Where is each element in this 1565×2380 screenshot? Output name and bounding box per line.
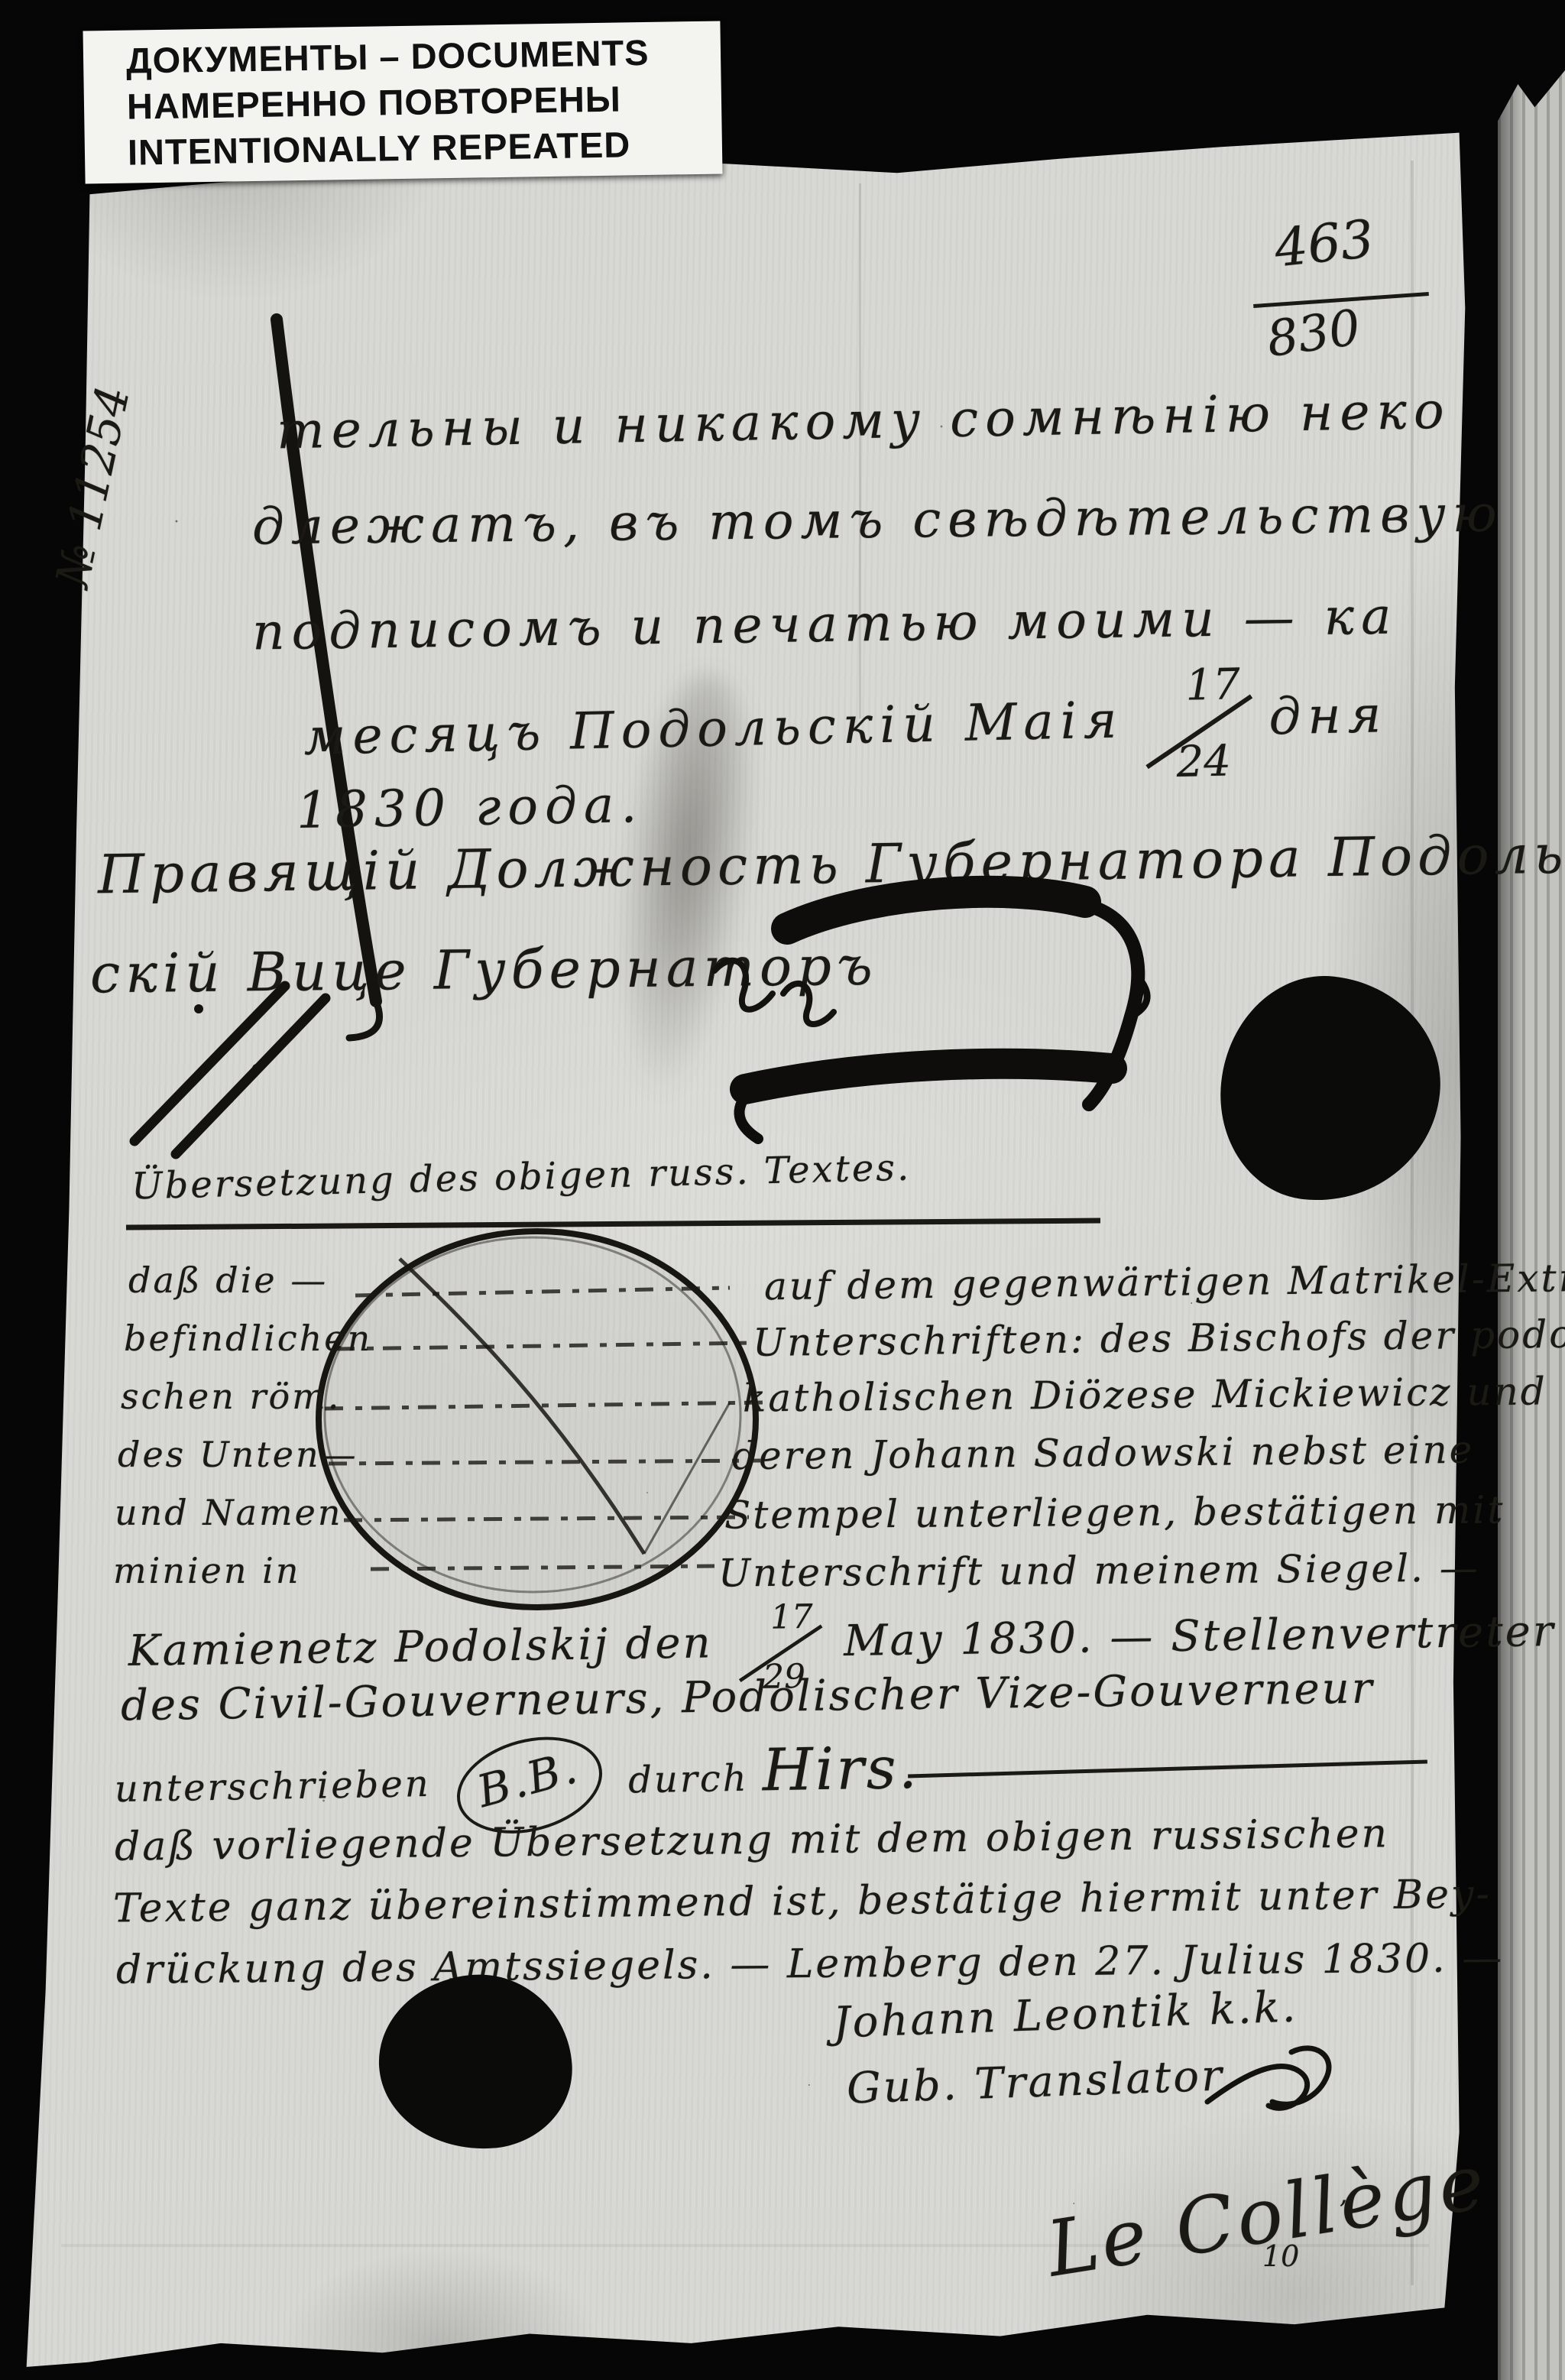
german-left-line: daß die — <box>128 1260 328 1301</box>
german-left-line: des Unten— <box>118 1434 358 1475</box>
german-left-line: minien in <box>113 1550 300 1591</box>
adjacent-page-edge <box>1498 70 1565 2380</box>
small-tick-mark: ’ <box>1339 2195 1347 2226</box>
traced-seal-circle <box>302 1211 783 1624</box>
russian-date-suffix: дня <box>1269 685 1389 746</box>
place-date-post: May 1830. — Stellenvertreter <box>844 1607 1556 1666</box>
german-right-line: Unterschrift und meinem Siegel. — <box>718 1546 1480 1596</box>
label-line-en: INTENTIONALLY REPEATED <box>128 120 723 175</box>
signed-pre: unterschrieben <box>115 1762 432 1811</box>
folio-mark: 10 <box>1262 2239 1299 2273</box>
place-date-pre: Kamienetz Podolskij den <box>128 1618 713 1676</box>
german-right-line: auf dem gegenwärtigen Matrikel-Extracte <box>764 1255 1565 1308</box>
translator-paraph <box>1192 2010 1345 2132</box>
german-left-line: befindlichen <box>124 1318 372 1359</box>
paragraph-slash-mark <box>128 977 381 1160</box>
german-left-line: schen röm. <box>121 1376 341 1417</box>
date-fraction-17-24: 17 24 <box>1145 681 1247 790</box>
signed-mid: durch <box>628 1757 749 1802</box>
scanned-archival-document: ДОКУМЕНТЫ – DOCUMENTS НАМЕРЕННО ПОВТОРЕН… <box>0 0 1565 2380</box>
german-right-line: Stempel unterliegen, bestätigen mit <box>724 1487 1505 1537</box>
archive-label: ДОКУМЕНТЫ – DOCUMENTS НАМЕРЕННО ПОВТОРЕН… <box>83 21 722 183</box>
page-number-numerator: 463 <box>1272 209 1376 279</box>
monogram-text: B.B. <box>471 1741 584 1817</box>
german-right-line: katholischen Diözese Mickiewicz und <box>743 1369 1547 1420</box>
governor-signature-flourish <box>672 825 1223 1162</box>
russian-date-text: месяцъ Подольскій Маія <box>303 690 1124 766</box>
german-right-line: deren Johann Sadowski nebst eine <box>732 1428 1475 1478</box>
german-left-line: und Namen <box>115 1492 342 1533</box>
russian-year-line: 1830 года. <box>296 775 643 840</box>
german-right-line: Unterschriften: des Bischofs der podoli- <box>753 1312 1565 1365</box>
signed-name: Hirs. <box>762 1733 920 1804</box>
